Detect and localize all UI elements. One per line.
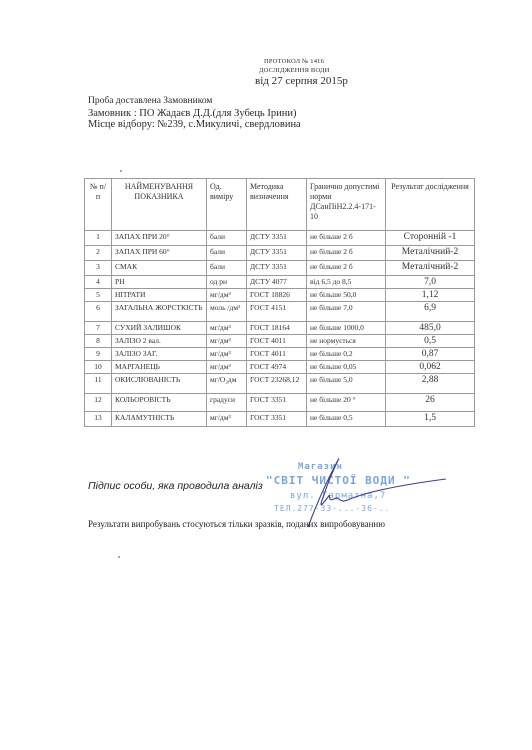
cell-norm: не більше 50,0 bbox=[307, 289, 386, 302]
cell-result: 1,12 bbox=[386, 289, 475, 302]
cell-unit: мг/дм³ bbox=[207, 412, 247, 427]
table-row: 13КАЛАМУТНІСТЬмг/дм³ГОСТ 3351не більше 0… bbox=[85, 412, 475, 427]
cell-no: 11 bbox=[85, 374, 112, 394]
cell-method: ГОСТ 4011 bbox=[247, 335, 307, 348]
cell-norm: не більше 0,05 bbox=[307, 361, 386, 374]
cell-name: ЗАЛІЗО ЗАГ. bbox=[112, 348, 207, 361]
cell-unit: мг/О₂дм bbox=[207, 374, 247, 394]
cell-method: ДСТУ 3351 bbox=[247, 246, 307, 261]
cell-unit: мг/дм³ bbox=[207, 289, 247, 302]
results-disclaimer: Результати випробувань стосуються тільки… bbox=[88, 519, 385, 529]
signature-label: Підпис особи, яка проводила аналіз bbox=[88, 480, 263, 492]
protocol-header: ПРОТОКОЛ № 1416 ДОСЛІДЖЕННЯ ВОДИ від 27 … bbox=[256, 57, 376, 88]
speck bbox=[118, 556, 120, 558]
cell-method: ДСТУ 4077 bbox=[247, 276, 307, 289]
cell-method: ГОСТ 3351 bbox=[247, 394, 307, 412]
cell-method: ГОСТ 18164 bbox=[247, 322, 307, 335]
cell-name: КОЛЬОРОВІСТЬ bbox=[112, 394, 207, 412]
table-row: 10МАРГАНЕЦЬмг/дм³ГОСТ 4974не більше 0,05… bbox=[85, 361, 475, 374]
table-row: 11 ОКИСЛЮВАНІСТЬмг/О₂дмГОСТ 23268,12не б… bbox=[85, 374, 475, 394]
cell-name: ЗАПАХ ПРИ 20° bbox=[112, 231, 207, 246]
speck bbox=[120, 170, 122, 172]
table-row: 9ЗАЛІЗО ЗАГ.мг/дм³ГОСТ 4011не більше 0,2… bbox=[85, 348, 475, 361]
cell-norm: не більше 2 б bbox=[307, 261, 386, 276]
protocol-date: від 27 серпня 2015р bbox=[255, 75, 376, 88]
cell-name: НІТРАТИ bbox=[112, 289, 207, 302]
header-result: Результат дослідження bbox=[386, 179, 475, 231]
protocol-number: ПРОТОКОЛ № 1416 bbox=[264, 57, 376, 66]
cell-result: Сторонній -1 bbox=[386, 231, 475, 246]
table-row: 3СМАКбалиДСТУ 3351не більше 2 бМеталічни… bbox=[85, 261, 475, 276]
table-row: 4РНод рнДСТУ 4077від 6,5 до 8,57,0 bbox=[85, 276, 475, 289]
results-table: № п/п НАЙМЕНУВАННЯ ПОКАЗНИКА Од. виміру … bbox=[84, 178, 475, 427]
header-no: № п/п bbox=[85, 179, 112, 231]
cell-no: 2 bbox=[85, 246, 112, 261]
cell-norm: не більше 2 б bbox=[307, 246, 386, 261]
cell-unit: бали bbox=[207, 261, 247, 276]
header-unit: Од. виміру bbox=[207, 179, 247, 231]
cell-no: 6 bbox=[85, 302, 112, 322]
cell-method: ГОСТ 23268,12 bbox=[247, 374, 307, 394]
cell-unit: мг/дм³ bbox=[207, 361, 247, 374]
cell-method: ГОСТ 4151 bbox=[247, 302, 307, 322]
cell-unit: бали bbox=[207, 231, 247, 246]
cell-result: 7,0 bbox=[386, 276, 475, 289]
cell-name: КАЛАМУТНІСТЬ bbox=[112, 412, 207, 427]
cell-name: ОКИСЛЮВАНІСТЬ bbox=[112, 374, 207, 394]
cell-norm: не більше 0,5 bbox=[307, 412, 386, 427]
cell-name: СУХИЙ ЗАЛИШОК bbox=[112, 322, 207, 335]
cell-no: 4 bbox=[85, 276, 112, 289]
cell-result: 485,0 bbox=[386, 322, 475, 335]
cell-result: 0,87 bbox=[386, 348, 475, 361]
table-header-row: № п/п НАЙМЕНУВАННЯ ПОКАЗНИКА Од. виміру … bbox=[85, 179, 475, 231]
cell-norm: не більше 5,0 bbox=[307, 374, 386, 394]
header-method: Методика визначення bbox=[247, 179, 307, 231]
table-row: 5НІТРАТИмг/дм³ГОСТ 18826не більше 50,01,… bbox=[85, 289, 475, 302]
cell-name: ЗАЛІЗО 2 вал. bbox=[112, 335, 207, 348]
table-row: 1ЗАПАХ ПРИ 20°балиДСТУ 3351не більше 2 б… bbox=[85, 231, 475, 246]
sampling-place: Місце відбору: №239, с.Микуличі, свердло… bbox=[88, 119, 301, 131]
cell-result: 26 bbox=[386, 394, 475, 412]
cell-no: 8 bbox=[85, 335, 112, 348]
cell-unit: моль /дм³ bbox=[207, 302, 247, 322]
table-row: 6ЗАГАЛЬНА ЖОРСТКІСТЬмоль /дм³ГОСТ 4151не… bbox=[85, 302, 475, 322]
cell-unit: градуси bbox=[207, 394, 247, 412]
table-row: 12КОЛЬОРОВІСТЬградусиГОСТ 3351не більше … bbox=[85, 394, 475, 412]
cell-result: 2,88 bbox=[386, 374, 475, 394]
header-name: НАЙМЕНУВАННЯ ПОКАЗНИКА bbox=[112, 179, 207, 231]
cell-unit: мг/дм³ bbox=[207, 335, 247, 348]
cell-no: 7 bbox=[85, 322, 112, 335]
table-row: 2ЗАПАХ ПРИ 60°балиДСТУ 3351не більше 2 б… bbox=[85, 246, 475, 261]
cell-no: 13 bbox=[85, 412, 112, 427]
cell-norm: не більше 0,2 bbox=[307, 348, 386, 361]
cell-name: РН bbox=[112, 276, 207, 289]
table-row: 8ЗАЛІЗО 2 вал.мг/дм³ГОСТ 4011не нормуєть… bbox=[85, 335, 475, 348]
cell-method: ДСТУ 3351 bbox=[247, 261, 307, 276]
cell-result: Металічний-2 bbox=[386, 261, 475, 276]
cell-no: 12 bbox=[85, 394, 112, 412]
cell-method: ГОСТ 4011 bbox=[247, 348, 307, 361]
cell-name: МАРГАНЕЦЬ bbox=[112, 361, 207, 374]
cell-no: 1 bbox=[85, 231, 112, 246]
cell-no: 10 bbox=[85, 361, 112, 374]
cell-no: 9 bbox=[85, 348, 112, 361]
cell-unit: мг/дм³ bbox=[207, 348, 247, 361]
cell-norm: не нормується bbox=[307, 335, 386, 348]
cell-name: СМАК bbox=[112, 261, 207, 276]
cell-result: 0,062 bbox=[386, 361, 475, 374]
cell-result: 0,5 bbox=[386, 335, 475, 348]
cell-norm: не більше 7,0 bbox=[307, 302, 386, 322]
cell-no: 3 bbox=[85, 261, 112, 276]
cell-norm: не більше 20 ° bbox=[307, 394, 386, 412]
cell-method: ГОСТ 3351 bbox=[247, 412, 307, 427]
cell-unit: мг/дм³ bbox=[207, 322, 247, 335]
cell-name: ЗАПАХ ПРИ 60° bbox=[112, 246, 207, 261]
cell-method: ГОСТ 18826 bbox=[247, 289, 307, 302]
sample-delivered: Проба доставлена Замовником bbox=[88, 96, 301, 108]
table-row: 7СУХИЙ ЗАЛИШОКмг/дм³ГОСТ 18164не більше … bbox=[85, 322, 475, 335]
cell-norm: не більше 2 б bbox=[307, 231, 386, 246]
sample-info: Проба доставлена Замовником Замовник : П… bbox=[88, 96, 301, 131]
cell-method: ДСТУ 3351 bbox=[247, 231, 307, 246]
cell-norm: від 6,5 до 8,5 bbox=[307, 276, 386, 289]
protocol-subtitle: ДОСЛІДЖЕННЯ ВОДИ bbox=[259, 66, 376, 75]
cell-method: ГОСТ 4974 bbox=[247, 361, 307, 374]
cell-norm: не більше 1000,0 bbox=[307, 322, 386, 335]
cell-result: 1,5 bbox=[386, 412, 475, 427]
cell-result: 6,9 bbox=[386, 302, 475, 322]
customer: Замовник : ПО Жадаєв Д.Д.(для Зубець Іри… bbox=[88, 108, 301, 120]
cell-unit: од рн bbox=[207, 276, 247, 289]
cell-name: ЗАГАЛЬНА ЖОРСТКІСТЬ bbox=[112, 302, 207, 322]
header-norm: Гранично допустимі норми ДСанПіН2.2.4-17… bbox=[307, 179, 386, 231]
cell-result: Металічний-2 bbox=[386, 246, 475, 261]
cell-unit: бали bbox=[207, 246, 247, 261]
cell-no: 5 bbox=[85, 289, 112, 302]
